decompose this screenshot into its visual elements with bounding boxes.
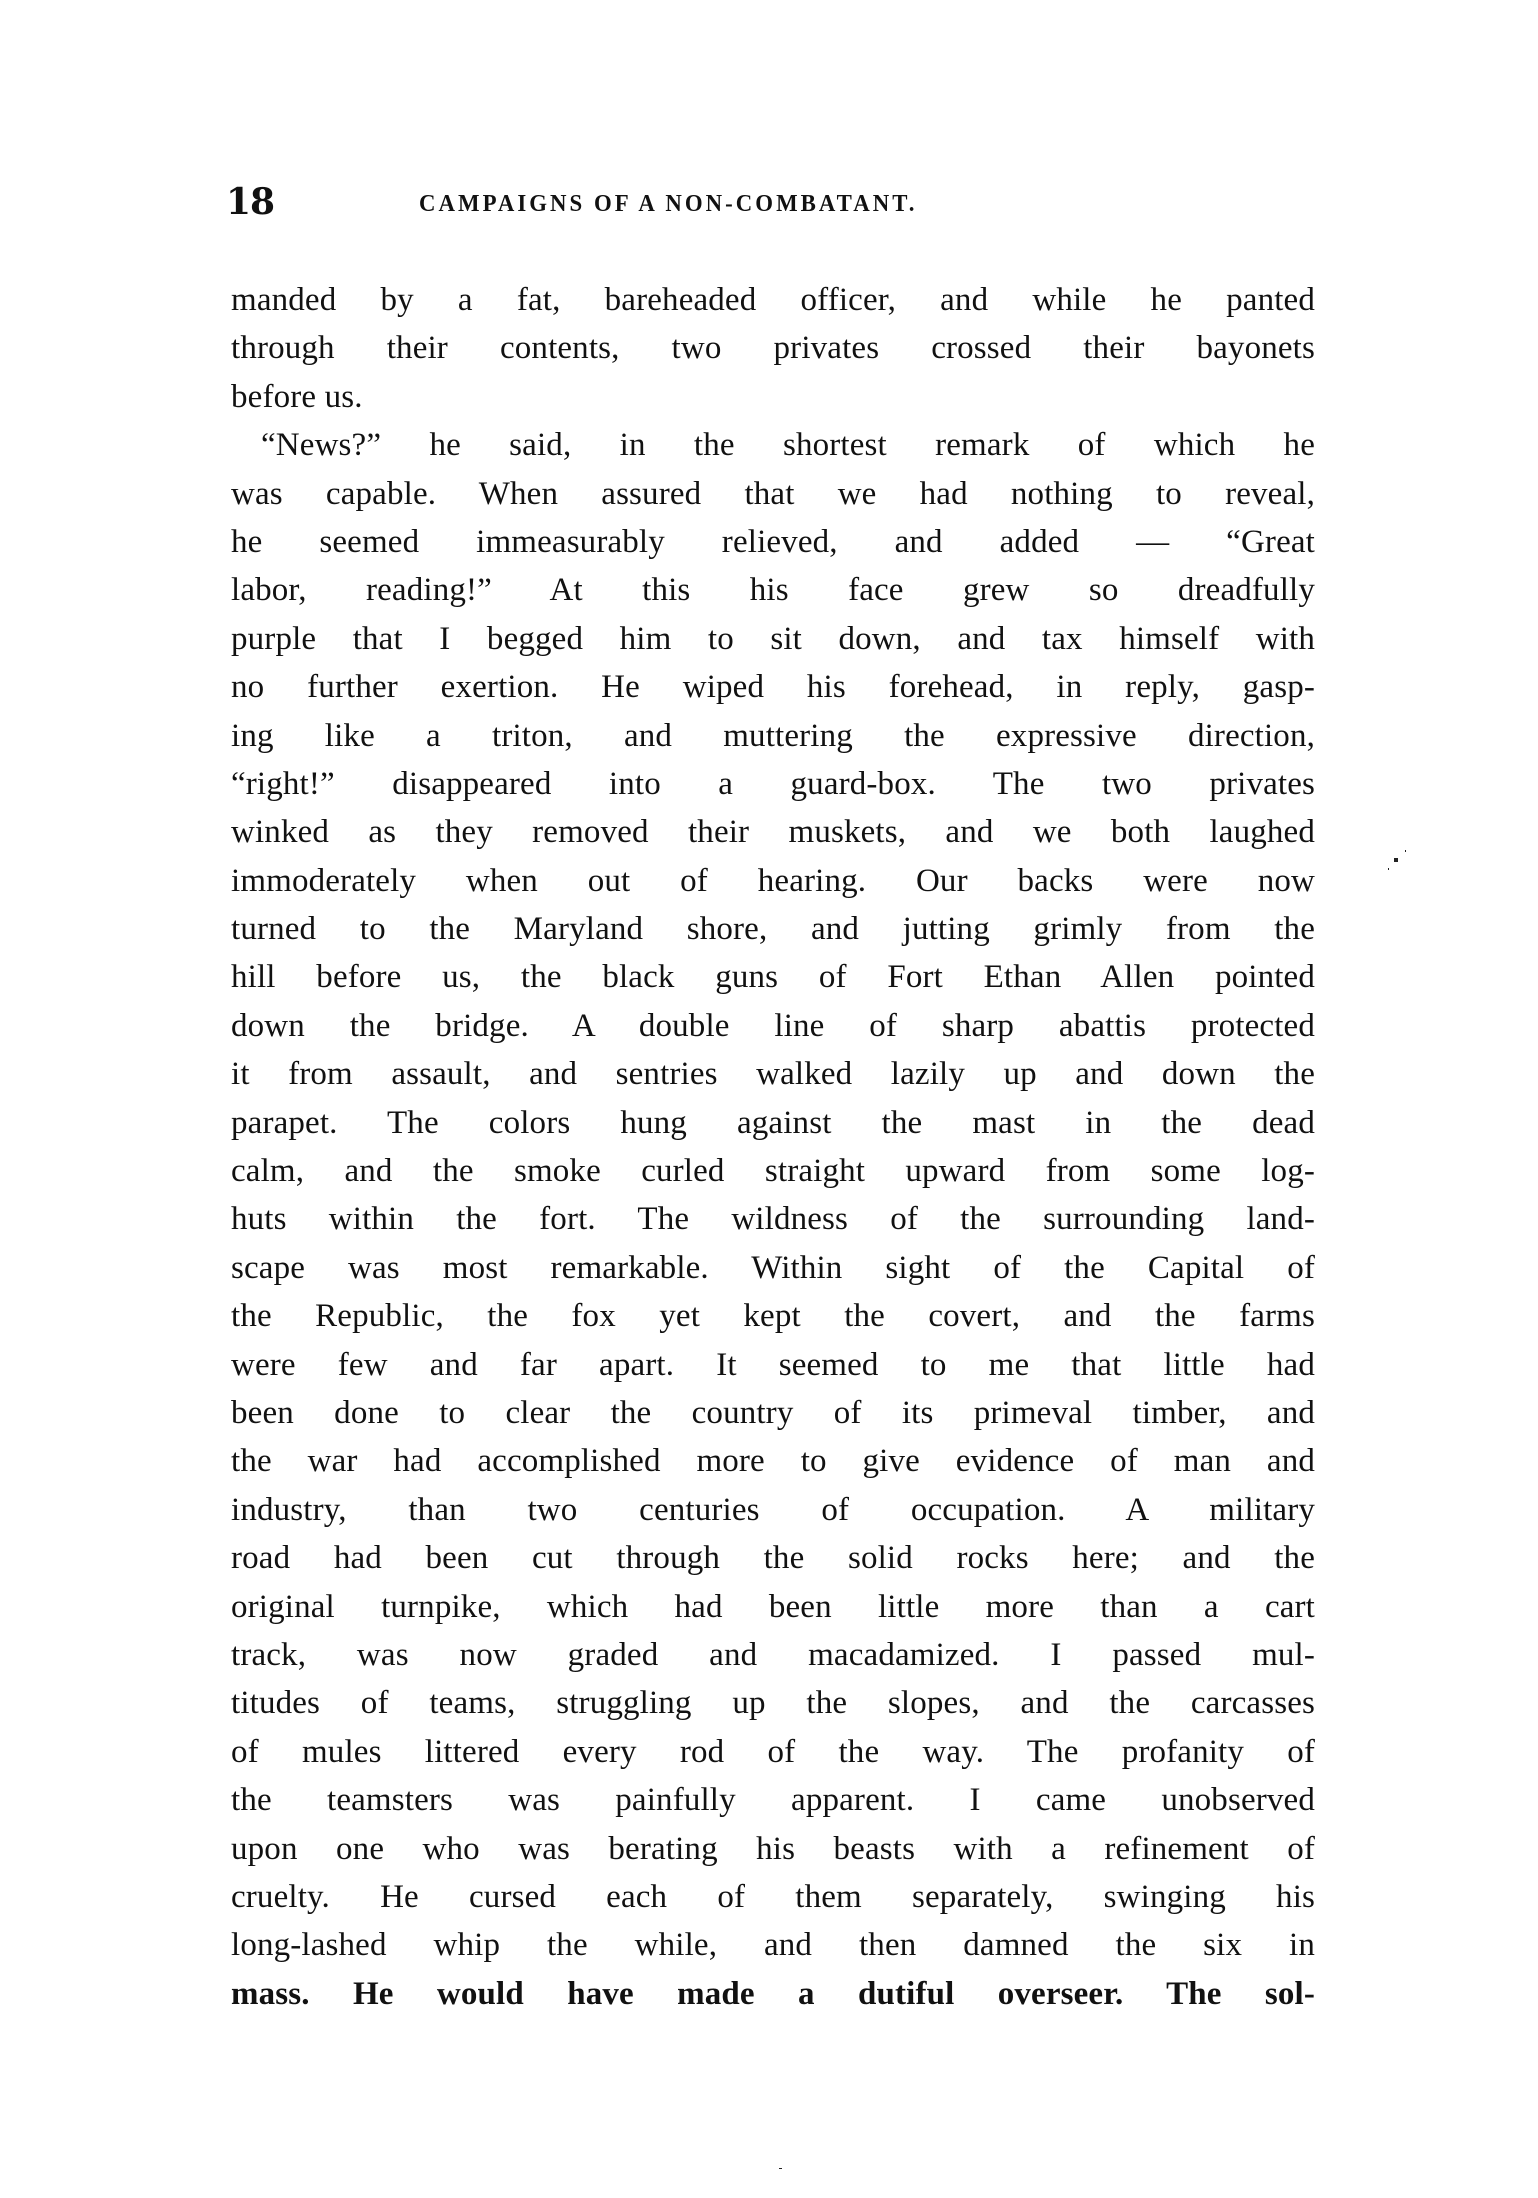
body-text: manded by a fat, bareheaded officer, and…: [231, 276, 1315, 2018]
text-line: parapet. The colors hung against the mas…: [231, 1099, 1315, 1147]
text-line: manded by a fat, bareheaded officer, and…: [231, 276, 1315, 324]
text-line: down the bridge. A double line of sharp …: [231, 1002, 1315, 1050]
text-line: upon one who was berating his beasts wit…: [231, 1825, 1315, 1873]
page-header: 18 CAMPAIGNS OF A NON-COMBATANT.: [226, 182, 1316, 222]
scan-speck: [779, 2168, 782, 2169]
text-line: the Republic, the fox yet kept the cover…: [231, 1292, 1315, 1340]
text-line: no further exertion. He wiped his forehe…: [231, 663, 1315, 711]
text-line: “News?” he said, in the shortest remark …: [231, 421, 1315, 469]
text-line: cruelty. He cursed each of them separate…: [231, 1873, 1315, 1921]
text-line: turned to the Maryland shore, and juttin…: [231, 905, 1315, 953]
text-line: immoderately when out of hearing. Our ba…: [231, 857, 1315, 905]
text-line: been done to clear the country of its pr…: [231, 1389, 1315, 1437]
text-line: it from assault, and sentries walked laz…: [231, 1050, 1315, 1098]
text-line: “right!” disappeared into a guard-box. T…: [231, 760, 1315, 808]
text-line: industry, than two centuries of occupati…: [231, 1486, 1315, 1534]
text-line: through their contents, two privates cro…: [231, 324, 1315, 372]
text-line: before us.: [231, 373, 1315, 421]
text-line: labor, reading!” At this his face grew s…: [231, 566, 1315, 614]
text-line: purple that I begged him to sit down, an…: [231, 615, 1315, 663]
text-line: calm, and the smoke curled straight upwa…: [231, 1147, 1315, 1195]
text-line: of mules littered every rod of the way. …: [231, 1728, 1315, 1776]
text-line: the war had accomplished more to give ev…: [231, 1437, 1315, 1485]
text-line: winked as they removed their muskets, an…: [231, 808, 1315, 856]
scan-speck: [1388, 868, 1389, 870]
text-line: huts within the fort. The wildness of th…: [231, 1195, 1315, 1243]
text-line: he seemed immeasurably relieved, and add…: [231, 518, 1315, 566]
text-line: the teamsters was painfully apparent. I …: [231, 1776, 1315, 1824]
page-number: 18: [226, 182, 274, 222]
text-line: titudes of teams, struggling up the slop…: [231, 1679, 1315, 1727]
text-line: scape was most remarkable. Within sight …: [231, 1244, 1315, 1292]
text-line: was capable. When assured that we had no…: [231, 470, 1315, 518]
text-line: ing like a triton, and muttering the exp…: [231, 712, 1315, 760]
text-line: road had been cut through the solid rock…: [231, 1534, 1315, 1582]
text-line: track, was now graded and macadamized. I…: [231, 1631, 1315, 1679]
text-line: hill before us, the black guns of Fort E…: [231, 953, 1315, 1001]
text-line: long-lashed whip the while, and then dam…: [231, 1921, 1315, 1969]
scan-speck: [1394, 858, 1398, 862]
text-line: mass. He would have made a dutiful overs…: [231, 1970, 1315, 2018]
scan-speck: [1405, 850, 1406, 852]
text-line: original turnpike, which had been little…: [231, 1583, 1315, 1631]
text-line: were few and far apart. It seemed to me …: [231, 1341, 1315, 1389]
running-head: CAMPAIGNS OF A NON-COMBATANT.: [419, 188, 918, 220]
